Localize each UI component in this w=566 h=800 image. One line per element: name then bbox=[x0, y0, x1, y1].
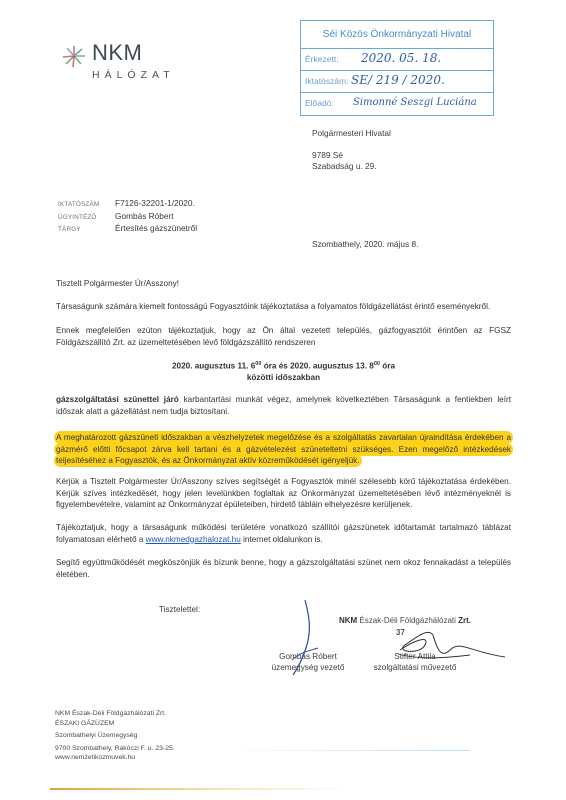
addressee-name: Polgármesteri Hivatal bbox=[312, 128, 391, 139]
signer-stifter: Stifter Attila szolgáltatási művezető bbox=[355, 651, 475, 673]
stamp-label: Iktatószám: bbox=[305, 76, 348, 86]
stamp-label: Előadó: bbox=[305, 98, 334, 108]
signer-name: Stifter Attila bbox=[355, 651, 475, 662]
paragraph-intro: Társaságunk számára kiemelt fontosságú F… bbox=[56, 301, 511, 313]
ref-row: ÜGYINTÉZŐGombás Róbert bbox=[58, 211, 197, 224]
signer-gombas: Gombás Róbert üzemegység vezető bbox=[248, 651, 368, 673]
footer-divider-gold bbox=[50, 788, 350, 790]
paragraph-maintenance: gázszolgáltatási szünettel járó karbanta… bbox=[56, 394, 511, 417]
reference-block: IKTATÓSZÁMF7126-32201-1/2020. ÜGYINTÉZŐG… bbox=[58, 198, 197, 236]
footer-website: www.nemzetikozmuvek.hu bbox=[55, 753, 175, 763]
footer-address-line: 9700 Szombathely, Rákóczi F. u. 23-25. bbox=[55, 744, 175, 754]
paragraph-notice: Ennek megfelelően ezúton tájékoztatjuk, … bbox=[56, 325, 511, 348]
ref-key: ÜGYINTÉZŐ bbox=[58, 212, 115, 224]
stamp-handwritten-value: 2020. 05. 18. bbox=[361, 48, 441, 69]
ref-key: TÁRGY bbox=[58, 224, 115, 236]
paragraph-highlighted: A meghatározott gázszüneti időszakban a … bbox=[56, 432, 511, 467]
footer-address: NKM Észak-Déli Földgázhálózati Zrt. ÉSZA… bbox=[55, 709, 175, 763]
stamp-row-file-number: Iktatószám: SE/ 219 / 2020. bbox=[301, 71, 493, 93]
stamp-label: Érkezett: bbox=[305, 54, 339, 64]
company-signature-stamp: NKM Észak-Déli Földgázhálózati Zrt. bbox=[330, 616, 480, 625]
addressee-street: Szabadság u. 29. bbox=[312, 161, 391, 172]
ref-row: TÁRGYÉrtesítés gázszünetről bbox=[58, 223, 197, 236]
logo-subtitle: HÁLÓZAT bbox=[92, 69, 175, 81]
paragraph-thanks: Segítő együttműködését megköszönjük és b… bbox=[56, 557, 511, 580]
outage-period-line2: közötti időszakban bbox=[56, 372, 511, 384]
registry-stamp: Séi Közös Önkormányzati Hivatal Érkezett… bbox=[300, 20, 494, 116]
maintenance-bold: gázszolgáltatási szünettel járó bbox=[56, 395, 179, 404]
paragraph-request: Kérjük a Tisztelt Polgármester Úr/Asszon… bbox=[56, 476, 511, 511]
stamp-row-clerk: Előadó: Simonné Seszgi Luciána bbox=[301, 93, 493, 114]
ref-value: Gombás Róbert bbox=[115, 211, 174, 221]
addressee-block: Polgármesteri Hivatal 9789 Sé Szabadság … bbox=[312, 128, 391, 172]
highlighted-instruction: A meghatározott gázszüneti időszakban a … bbox=[56, 433, 511, 465]
signer-title: szolgáltatási művezető bbox=[355, 662, 475, 673]
outage-period: 2020. augusztus 11. 600 óra és 2020. aug… bbox=[56, 359, 511, 384]
paragraph-website: Tájékoztatjuk, hogy a társaságunk működé… bbox=[56, 522, 511, 545]
nkm-starburst-icon bbox=[62, 44, 86, 68]
stamp-title: Séi Közös Önkormányzati Hivatal bbox=[301, 21, 493, 49]
footer-company: NKM Észak-Déli Földgázhálózati Zrt. bbox=[55, 709, 175, 719]
website-text-after: internet oldalunkon is. bbox=[241, 535, 323, 544]
stamp-number: 37 bbox=[396, 628, 405, 637]
letter-date: Szombathely, 2020. május 8. bbox=[312, 239, 418, 249]
footer-divider-blue bbox=[220, 750, 470, 751]
outage-period-line1: 2020. augusztus 11. 600 óra és 2020. aug… bbox=[56, 359, 511, 372]
logo-brand: NKM bbox=[92, 40, 142, 66]
signer-name: Gombás Róbert bbox=[248, 651, 368, 662]
stamp-handwritten-value: Simonné Seszgi Luciána bbox=[353, 92, 477, 113]
addressee-city: 9789 Sé bbox=[312, 150, 391, 161]
ref-row: IKTATÓSZÁMF7126-32201-1/2020. bbox=[58, 198, 197, 211]
signer-title: üzemegység vezető bbox=[248, 662, 368, 673]
stamp-row-received: Érkezett: 2020. 05. 18. bbox=[301, 49, 493, 71]
salutation: Tisztelt Polgármester Úr/Asszony! bbox=[56, 278, 511, 290]
closing-text: Tisztelettel: bbox=[159, 605, 200, 614]
stamp-handwritten-value: SE/ 219 / 2020. bbox=[351, 70, 445, 91]
ref-value: Értesítés gázszünetről bbox=[115, 223, 197, 233]
website-link[interactable]: www.nkmedgazhalozat.hu bbox=[146, 535, 241, 544]
footer-unit: Szombathelyi Üzemegység bbox=[55, 731, 175, 741]
ref-value: F7126-32201-1/2020. bbox=[115, 198, 195, 208]
ref-key: IKTATÓSZÁM bbox=[58, 199, 115, 211]
footer-division: ÉSZAKI GÁZÜZEM bbox=[55, 719, 175, 729]
